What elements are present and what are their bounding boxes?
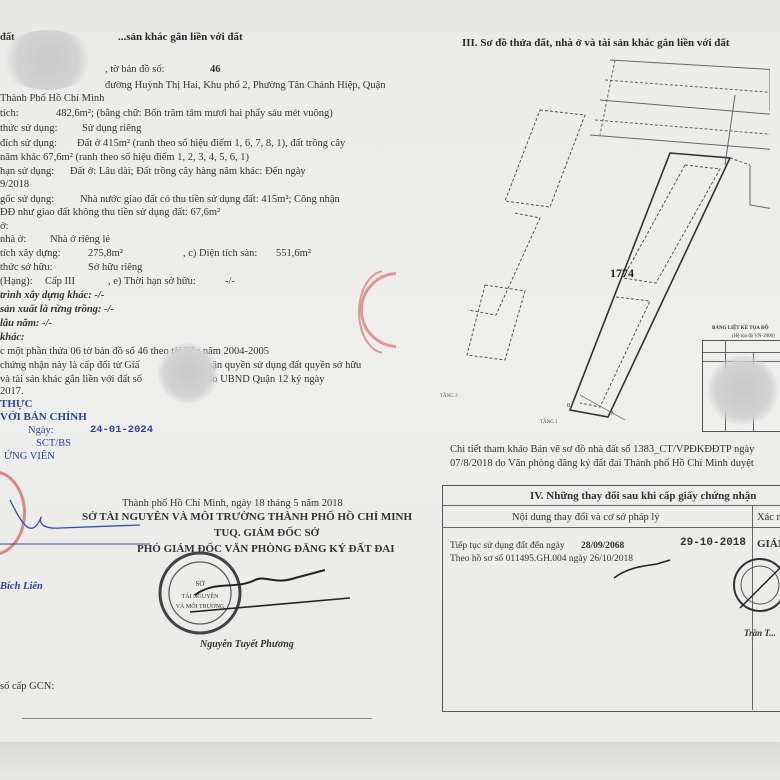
left-section-title: ...sản khác gắn liền với đất bbox=[118, 31, 243, 44]
svg-text:7: 7 bbox=[610, 411, 613, 417]
change-row1-date: 28/09/2068 bbox=[581, 540, 624, 553]
note-line-2b: hận quyền sử dụng đất quyền sở hữu bbox=[207, 359, 361, 372]
svg-text:TẦNG 1: TẦNG 1 bbox=[540, 419, 558, 425]
floor-area-label: , c) Diện tích sàn: bbox=[183, 247, 257, 260]
notes-label: khác: bbox=[0, 331, 25, 344]
house-type-label: nhà ở: bbox=[0, 233, 26, 246]
table-divider bbox=[442, 505, 780, 506]
purpose-value-1: Đất ở 415m² (ranh theo số hiệu điểm 1, 6… bbox=[77, 137, 345, 150]
purpose-label: đích sử dụng: bbox=[0, 137, 57, 150]
change-row1-col2: GIÁM bbox=[757, 538, 780, 551]
privacy-blur bbox=[158, 343, 218, 403]
certify-line-1: THỰC bbox=[0, 398, 33, 411]
ownership-label: thức sở hữu: bbox=[0, 261, 53, 274]
grade-value: Cấp III bbox=[45, 275, 75, 288]
area-value: 482,6m²; (bằng chữ: Bốn trăm tám mươi ha… bbox=[56, 107, 333, 120]
certify-date-label: Ngày: bbox=[28, 424, 54, 437]
map-sheet-number: 46 bbox=[210, 63, 221, 76]
change-row1-stamp-date: 29-10-2018 bbox=[680, 537, 746, 550]
own-term-label: , e) Thời hạn sở hữu: bbox=[108, 275, 196, 288]
certificate-scan: ...sản khác gắn liền với đất đất , tờ bả… bbox=[0, 0, 780, 780]
map-sheet-label: , tờ bản đồ số: bbox=[105, 63, 165, 76]
use-form-label: thức sử dụng: bbox=[0, 122, 57, 135]
build-area-label: tích xây dựng: bbox=[0, 247, 61, 260]
privacy-blur bbox=[708, 355, 778, 425]
origin-value-2: ĐĐ như giao đất không thu tiền sử dụng đ… bbox=[0, 206, 220, 219]
authority-line-1: SỞ TÀI NGUYÊN VÀ MÔI TRƯỜNG THÀNH PHỐ HỒ… bbox=[82, 511, 412, 524]
note-line-2a: chứng nhận này là cấp đổi từ Giấ bbox=[0, 359, 139, 372]
director-signature bbox=[185, 560, 355, 620]
reference-line-2: 07/8/2018 do Văn phòng đăng ký đất đai T… bbox=[450, 457, 754, 470]
certify-book: SCT/BS bbox=[36, 437, 71, 450]
change-initials-signature bbox=[612, 558, 672, 583]
svg-text:8: 8 bbox=[567, 403, 570, 409]
reference-line-1: Chi tiết tham khảo Bản vẽ sơ đồ nhà đất … bbox=[450, 443, 754, 456]
note-line-1: c một phần thửa 06 tờ bản đồ số 46 theo … bbox=[0, 345, 269, 358]
certify-signer: Bích Liên bbox=[0, 580, 43, 593]
changes-title: IV. Những thay đổi sau khi cấp giấy chứn… bbox=[530, 490, 756, 503]
other-build-line: trình xây dựng khác: -/- bbox=[0, 289, 104, 302]
address-line-1: đường Huỳnh Thị Hai, Khu phố 2, Phường T… bbox=[105, 79, 386, 92]
address-line-2: Thành Phố Hồ Chí Minh bbox=[0, 92, 104, 105]
table-divider bbox=[442, 527, 780, 528]
scan-edge bbox=[0, 742, 780, 780]
certify-line-2: VỚI BẢN CHÍNH bbox=[0, 411, 87, 424]
build-area-value: 275,8m² bbox=[88, 247, 123, 260]
term-label: hạn sử dụng: bbox=[0, 165, 54, 178]
purpose-value-2: năm khác 67,6m² (ranh theo số hiệu điểm … bbox=[0, 151, 249, 164]
area-label: tích: bbox=[0, 107, 19, 120]
authority-line-2: TUQ. GIÁM ĐỐC SỞ bbox=[214, 527, 319, 540]
certify-officer: ỨNG VIÊN bbox=[4, 450, 55, 463]
privacy-blur bbox=[0, 30, 95, 90]
changes-col2-header: Xác nhận của cơ quan bbox=[757, 511, 780, 524]
note-line-3b: do UBND Quận 12 ký ngày bbox=[207, 373, 325, 386]
change-row1-line2: Theo hồ sơ số 011495.GH.004 ngày 26/10/2… bbox=[450, 553, 633, 566]
gcn-label: số cấp GCN: bbox=[0, 680, 54, 693]
floor-area-value: 551,6m² bbox=[276, 247, 311, 260]
house-type-value: Nhà ở riêng lẻ bbox=[50, 233, 110, 246]
grade-label: (Hạng): bbox=[0, 275, 33, 288]
term-value-1: Đất ở: Lâu dài; Đất trồng cây hàng năm k… bbox=[70, 165, 306, 178]
use-form-value: Sử dụng riêng bbox=[82, 122, 141, 135]
registration-office-seal bbox=[730, 553, 780, 623]
note-line-4: 2017. bbox=[0, 385, 24, 398]
footer-divider bbox=[22, 718, 372, 719]
certify-date-value: 24-01-2024 bbox=[90, 424, 153, 437]
perennial-line: lâu năm: -/- bbox=[0, 317, 52, 330]
forest-line: sản xuất là rừng trồng: -/- bbox=[0, 303, 114, 316]
parcel-number: 1774 bbox=[610, 266, 634, 280]
svg-text:TẦNG 2: TẦNG 2 bbox=[440, 393, 458, 399]
term-value-2: 9/2018 bbox=[0, 178, 29, 191]
ownership-value: Sở hữu riêng bbox=[88, 261, 142, 274]
house-section-label: ở: bbox=[0, 220, 8, 233]
place-date: Thành phố Hồ Chí Minh, ngày 18 tháng 5 n… bbox=[122, 497, 343, 510]
origin-value-1: Nhà nước giao đất có thu tiền sử dụng đấ… bbox=[80, 193, 340, 206]
change-row1-signer: Trần T... bbox=[744, 627, 776, 640]
origin-label: gốc sử dụng: bbox=[0, 193, 54, 206]
right-section-title: III. Sơ đồ thửa đất, nhà ở và tài sản kh… bbox=[462, 37, 730, 50]
change-row1-prefix: Tiếp tục sử dụng đất đến ngày bbox=[450, 540, 565, 553]
signature-name: Nguyễn Tuyết Phương bbox=[200, 638, 294, 651]
changes-col1-header: Nội dung thay đổi và cơ sở pháp lý bbox=[512, 511, 660, 524]
own-term-value: -/- bbox=[225, 275, 235, 288]
